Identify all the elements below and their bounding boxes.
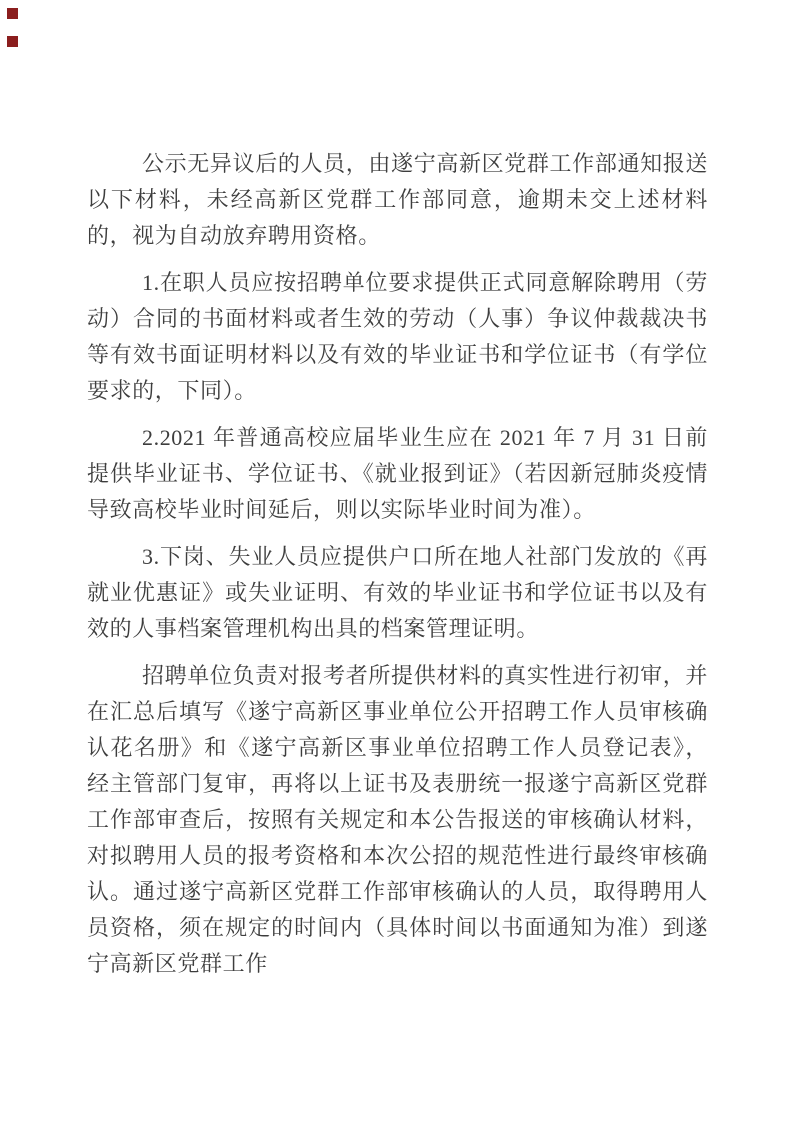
paragraph-review-process: 招聘单位负责对报考者所提供材料的真实性进行初审，并在汇总后填写《遂宁高新区事业单… bbox=[87, 658, 708, 982]
paragraph-item-3-unemployed: 3.下岗、失业人员应提供户口所在地人社部门发放的《再就业优惠证》或失业证明、有效… bbox=[87, 539, 708, 647]
paragraph-item-2-graduates-2021: 2.2021 年普通高校应届毕业生应在 2021 年 7 月 31 日前提供毕业… bbox=[87, 420, 708, 528]
red-square-mark-icon bbox=[7, 36, 18, 47]
red-square-mark-icon bbox=[7, 8, 18, 19]
paragraph-item-1-employed-staff: 1.在职人员应按招聘单位要求提供正式同意解除聘用（劳动）合同的书面材料或者生效的… bbox=[87, 265, 708, 409]
document-body-text: 公示无异议后的人员，由遂宁高新区党群工作部通知报送以下材料，未经高新区党群工作部… bbox=[87, 146, 708, 993]
document-page: 公示无异议后的人员，由遂宁高新区党群工作部通知报送以下材料，未经高新区党群工作部… bbox=[0, 0, 793, 1122]
paragraph-public-notice: 公示无异议后的人员，由遂宁高新区党群工作部通知报送以下材料，未经高新区党群工作部… bbox=[87, 146, 708, 254]
